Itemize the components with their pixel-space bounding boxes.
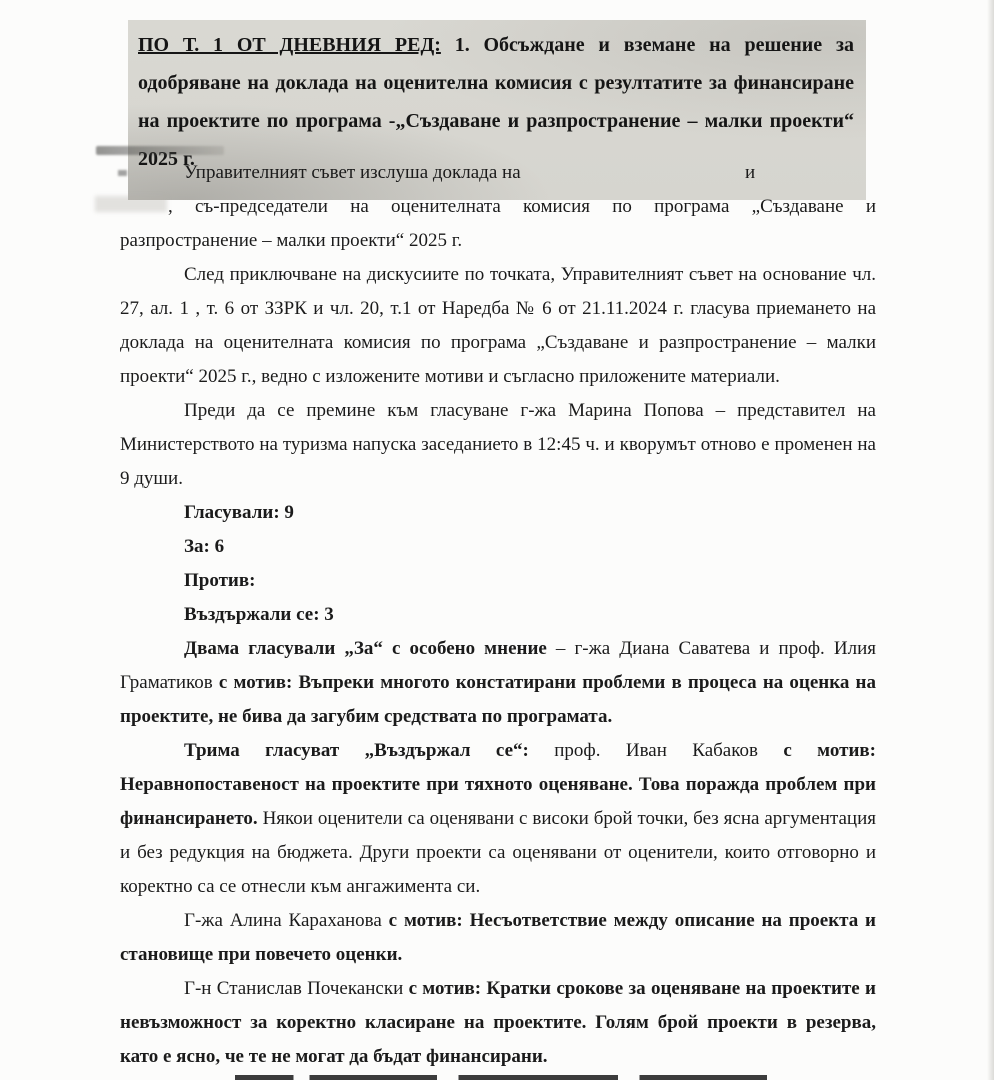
document-body: Управителният съвет изслуша доклада на и… — [120, 156, 876, 1074]
report-intro-line2: , съ-председатели на оценителната комиси… — [120, 190, 876, 224]
redaction-smudge — [95, 196, 167, 212]
para-quorum-change: Преди да се премине към гласуване г-жа М… — [120, 394, 876, 496]
report-intro-line1-text: Управителният съвет изслуша доклада на — [184, 162, 521, 183]
vote-against-line: Против: — [120, 564, 876, 598]
para-pochekanski-motive: Г-н Станислав Почекански с мотив: Кратки… — [120, 972, 876, 1074]
abstain-lead: Трима гласуват „Въздържал се“: — [184, 740, 529, 761]
para-special-opinion: Двама гласували „За“ с особено мнение – … — [120, 632, 876, 734]
abstain-member-name: проф. Иван Кабаков — [529, 740, 784, 761]
special-opinion-lead: Двама гласували „За“ с особено мнение — [184, 638, 547, 659]
report-intro-line1: Управителният съвет изслуша доклада на и — [120, 156, 876, 190]
left-edge-mark — [118, 170, 127, 176]
vote-abstain-line: Въздържали се: 3 — [120, 598, 876, 632]
para-decision: След приключване на дискусиите по точкат… — [120, 258, 876, 394]
cutoff-text-line — [235, 1075, 767, 1080]
karahanova-name: Г-жа Алина Караханова — [184, 910, 389, 931]
report-intro-line2-text: , съ-председатели на оценителната комиси… — [168, 196, 876, 217]
header-corner-smudge — [96, 146, 224, 155]
special-opinion-motive: с мотив: Въпреки многото констатирани пр… — [120, 672, 876, 727]
vote-total-line: Гласували: 9 — [120, 496, 876, 530]
right-edge-shading — [987, 0, 994, 1080]
heading-underlined-part: ПО Т. 1 ОТ ДНЕВНИЯ РЕД: — [138, 34, 441, 56]
vote-for-line: За: 6 — [120, 530, 876, 564]
pochekanski-name: Г-н Станислав Почекански — [184, 978, 409, 999]
report-intro-conjunction: и — [745, 156, 755, 190]
report-intro-line3: разпространение – малки проекти“ 2025 г. — [120, 224, 876, 258]
report-intro-line3-text: разпространение – малки проекти“ 2025 г. — [120, 230, 462, 251]
para-karahanova-motive: Г-жа Алина Караханова с мотив: Несъответ… — [120, 904, 876, 972]
scan-page: ПО Т. 1 ОТ ДНЕВНИЯ РЕД: 1. Обсъждане и в… — [0, 0, 994, 1080]
para-abstain-motives: Трима гласуват „Въздържал се“: проф. Ива… — [120, 734, 876, 904]
